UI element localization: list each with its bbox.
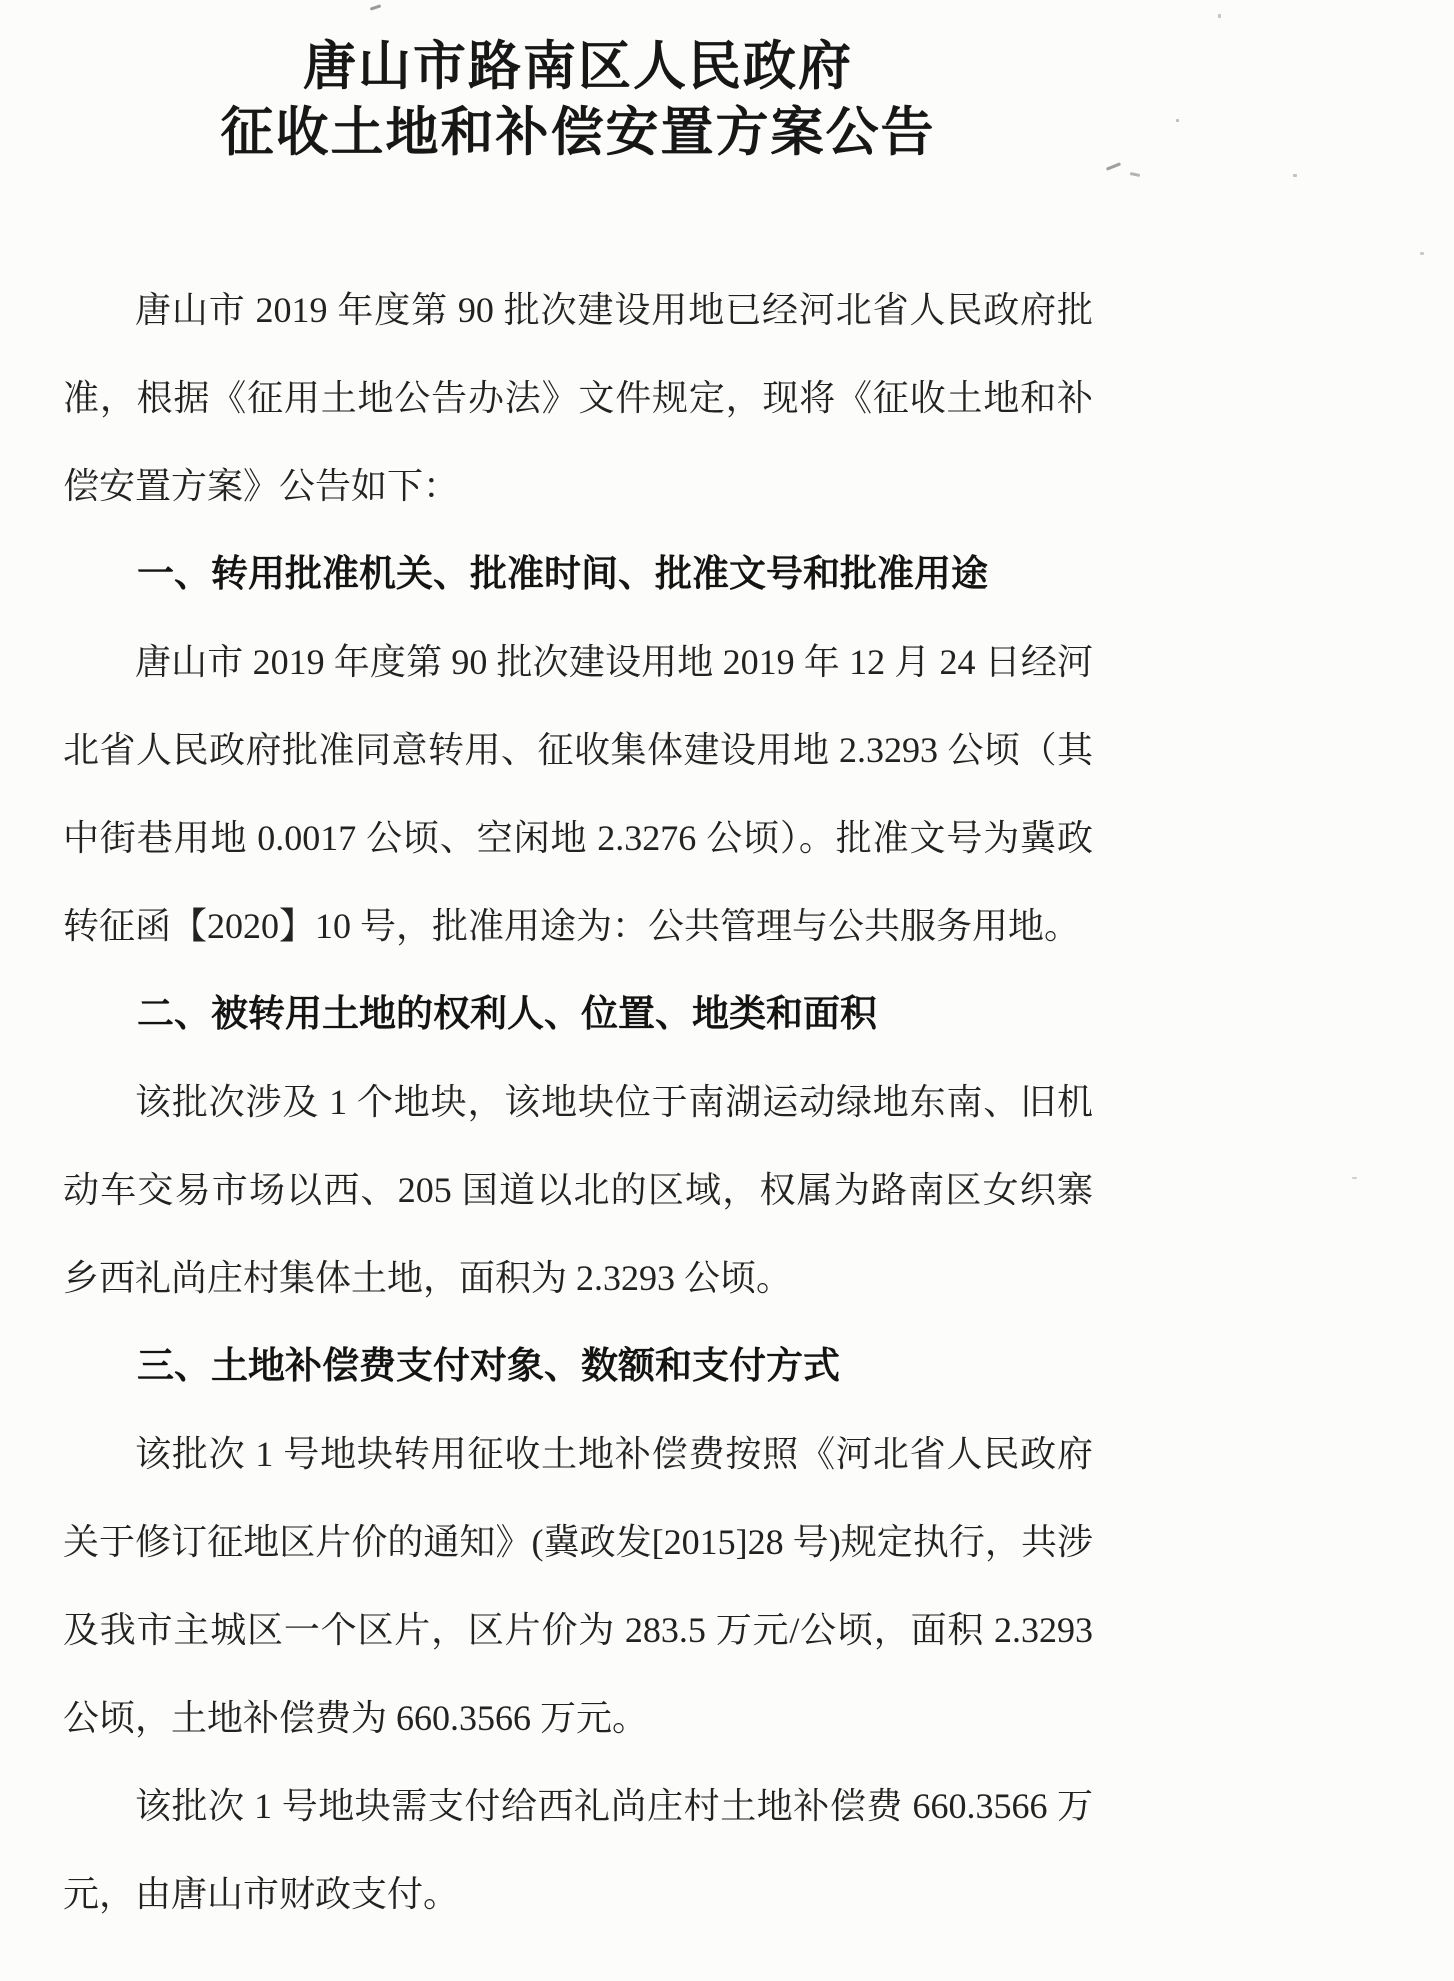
document-title: 唐山市路南区人民政府 征收土地和补偿安置方案公告 — [63, 34, 1093, 166]
document-page: 唐山市路南区人民政府 征收土地和补偿安置方案公告 唐山市 2019 年度第 90… — [0, 0, 1454, 1981]
section-heading-2: 二、被转用土地的权利人、位置、地类和面积 — [63, 970, 1093, 1058]
document-title-line1: 唐山市路南区人民政府 — [63, 34, 1093, 100]
scan-artifact — [370, 4, 381, 10]
scan-artifact — [1130, 172, 1140, 177]
document-title-line2: 征收土地和补偿安置方案公告 — [63, 100, 1093, 166]
paragraph-section1-body: 唐山市 2019 年度第 90 批次建设用地 2019 年 12 月 24 日经… — [63, 618, 1093, 970]
paragraph-section3-payment: 该批次 1 号地块需支付给西礼尚庄村土地补偿费 660.3566 万元，由唐山市… — [63, 1762, 1093, 1938]
section-heading-3: 三、土地补偿费支付对象、数额和支付方式 — [63, 1322, 1093, 1410]
document-body: 唐山市 2019 年度第 90 批次建设用地已经河北省人民政府批准，根据《征用土… — [63, 266, 1093, 1938]
scan-artifact — [1420, 252, 1424, 255]
scan-artifact — [1352, 1177, 1357, 1179]
scan-artifact — [1106, 162, 1121, 170]
paragraph-section3-body: 该批次 1 号地块转用征收土地补偿费按照《河北省人民政府关于修订征地区片价的通知… — [63, 1410, 1093, 1762]
scan-artifact — [1293, 174, 1297, 177]
paragraph-section2-body: 该批次涉及 1 个地块，该地块位于南湖运动绿地东南、旧机动车交易市场以西、205… — [63, 1058, 1093, 1322]
scan-artifact — [1176, 119, 1179, 122]
paragraph-intro: 唐山市 2019 年度第 90 批次建设用地已经河北省人民政府批准，根据《征用土… — [63, 266, 1093, 530]
scan-artifact — [1218, 14, 1221, 18]
section-heading-1: 一、转用批准机关、批准时间、批准文号和批准用途 — [63, 530, 1093, 618]
